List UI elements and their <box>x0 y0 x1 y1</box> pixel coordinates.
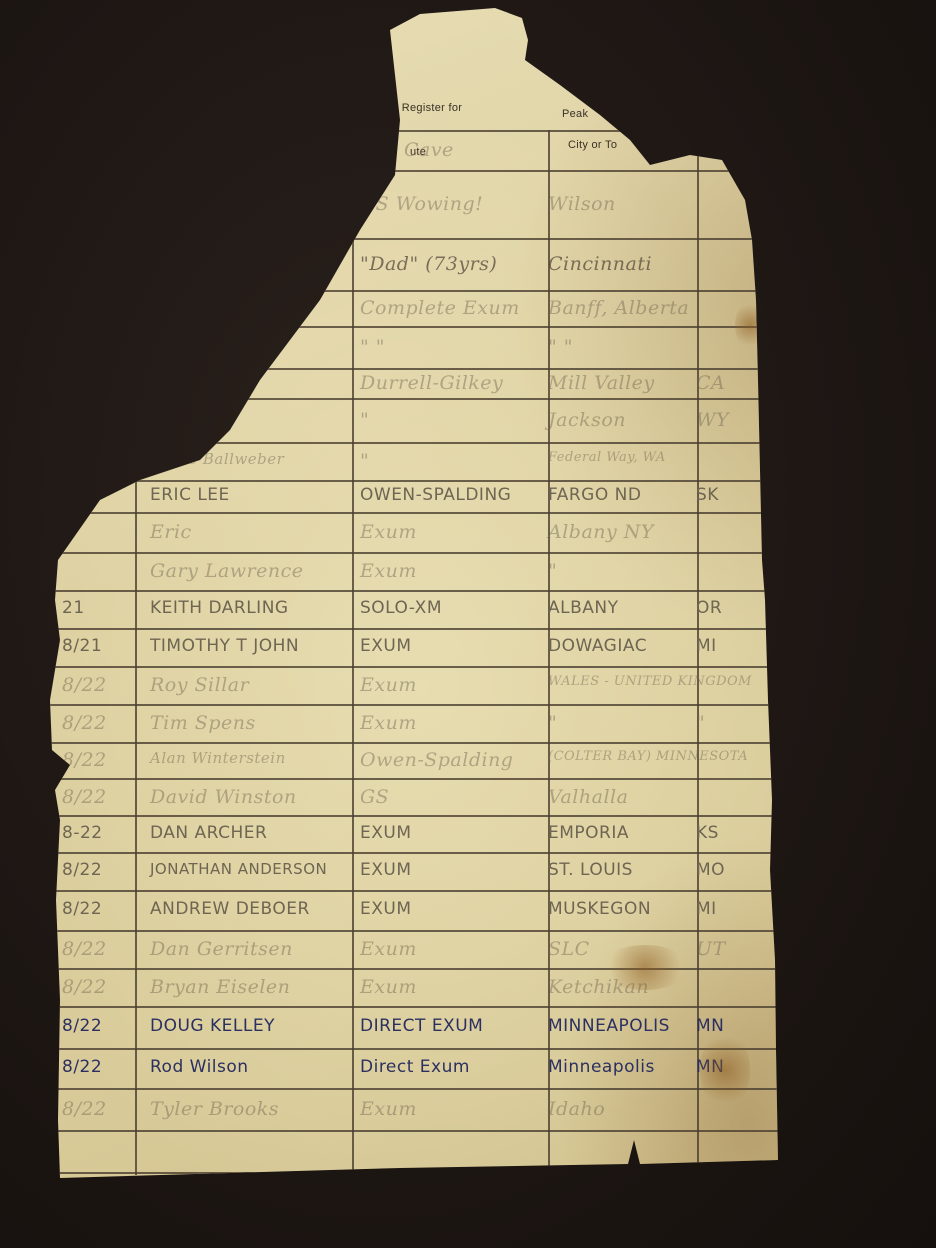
stain <box>600 945 690 990</box>
register-cell-name: Eric <box>150 521 192 543</box>
register-cell-city: Valhalla <box>548 786 628 808</box>
ruled-line <box>50 480 777 482</box>
register-cell-route: " <box>360 409 369 431</box>
register-cell-route: Exum <box>360 976 417 998</box>
register-cell-city: ALBANY <box>548 598 619 618</box>
register-cell-city: " <box>548 560 557 582</box>
ruled-line <box>50 442 777 444</box>
ruled-line <box>50 512 778 514</box>
register-cell-name: nnson <box>150 336 210 358</box>
register-cell-state: " <box>696 712 705 734</box>
column-divider <box>352 130 354 1175</box>
register-cell-city: DOWAGIAC <box>548 636 647 656</box>
column-header-city: City or To <box>568 139 617 151</box>
register-cell-state: UT <box>696 938 726 960</box>
register-cell-name: Bryan Eiselen <box>150 976 290 998</box>
ruled-line <box>50 326 776 328</box>
ruled-line <box>50 398 777 400</box>
register-cell-date: 8/22 <box>62 860 102 880</box>
register-cell-route: DIRECT EXUM <box>360 1016 483 1036</box>
ruled-line <box>50 890 781 892</box>
register-cell-name: Bruce Ballweber <box>150 450 284 468</box>
register-cell-state: CA <box>696 372 725 394</box>
register-cell-route: GS <box>360 786 389 808</box>
ruled-line <box>50 815 780 817</box>
stain <box>700 1030 750 1110</box>
register-cell-city: " <box>548 712 557 734</box>
register-cell-name: Tyler Brooks <box>150 1098 279 1120</box>
register-cell-route: EXUM <box>360 860 412 880</box>
register-cell-city: FARGO ND <box>548 485 641 505</box>
register-cell-date: 21 <box>62 598 85 618</box>
register-cell-route: Exum <box>360 560 417 582</box>
register-cell-route: OWEN-SPALDING <box>360 485 511 505</box>
register-cell-date: 8/22 <box>62 1098 107 1120</box>
register-cell-city: Albany NY <box>548 521 654 543</box>
register-cell-name: DOUG KELLEY <box>150 1016 275 1036</box>
register-cell-state: OR <box>696 598 722 618</box>
register-cell-route: Direct Exum <box>360 1057 470 1077</box>
register-cell-name: TIMOTHY T JOHN <box>150 636 299 656</box>
ruled-line <box>50 666 779 668</box>
register-cell-route: Exum <box>360 712 417 734</box>
register-cell-date: 8/22 <box>62 1057 102 1077</box>
register-cell-name: McCann <box>150 372 233 394</box>
register-cell-city: Idaho <box>548 1098 605 1120</box>
ruled-line <box>50 704 779 706</box>
column-divider <box>135 480 137 1175</box>
register-cell-city: Federal Way, WA <box>548 450 666 465</box>
register-cell-city: SLC <box>548 938 590 960</box>
ruled-line <box>50 170 775 172</box>
register-cell-date: 8/22 <box>62 899 102 919</box>
register-cell-city: Wilson <box>548 193 616 215</box>
register-cell-city: (COLTER BAY) MINNESOTA <box>548 749 748 764</box>
register-cell-name: Roy Sillar <box>150 674 249 696</box>
peak-label: Peak <box>562 108 588 120</box>
register-cell-route: Owen-Spalding <box>360 749 513 771</box>
register-cell-city: MINNEAPOLIS <box>548 1016 670 1036</box>
ruled-line <box>50 1048 782 1050</box>
ruled-line <box>50 1088 782 1090</box>
register-cell-date: 8/22 <box>62 1016 102 1036</box>
register-cell-route: "Dad" (73yrs) <box>360 253 497 275</box>
register-title: g Register for <box>392 102 462 114</box>
register-cell-name: ERIC LEE <box>150 485 230 505</box>
register-cell-name: n <box>150 253 163 275</box>
register-cell-name: Ford <box>150 409 197 431</box>
ruled-line <box>50 290 776 292</box>
register-cell-name: Alan Winterstein <box>150 749 286 767</box>
register-cell-date: 8/22 <box>62 674 107 696</box>
register-cell-name: KEITH DARLING <box>150 598 289 618</box>
stain <box>735 300 765 350</box>
register-cell-date: 21 <box>62 485 85 505</box>
register-cell-name: DAN ARCHER <box>150 823 267 843</box>
register-cell-city: Cincinnati <box>548 253 652 275</box>
register-cell-route: Exum <box>360 938 417 960</box>
ruled-line <box>50 628 779 630</box>
register-cell-date: 8/21 <box>62 636 102 656</box>
register-cell-route: " <box>360 450 369 472</box>
register-cell-city: Minneapolis <box>548 1057 655 1077</box>
register-cell-name: Gary Lawrence <box>150 560 304 582</box>
register-cell-route: Exum <box>360 674 417 696</box>
register-cell-city: EMPORIA <box>548 823 629 843</box>
register-cell-city: Jackson <box>548 409 626 431</box>
register-cell-route: EXUM <box>360 823 412 843</box>
register-cell-date: 8-22 <box>62 823 103 843</box>
register-cell-date: 8/22 <box>62 712 107 734</box>
register-cell-name: JONATHAN ANDERSON <box>150 860 327 878</box>
ruled-line <box>50 742 780 744</box>
register-cell-state: MI <box>696 899 717 919</box>
ruled-line <box>50 590 778 592</box>
ruled-line <box>50 238 776 240</box>
register-cell-route: Durrell-Gilkey <box>360 372 503 394</box>
register-cell-name: Rod Wilson <box>150 1057 249 1077</box>
register-cell-route: SOLO-XM <box>360 598 442 618</box>
ruled-line <box>50 1130 783 1132</box>
ruled-line <box>388 130 775 132</box>
ruled-line <box>50 368 777 370</box>
ruled-line <box>50 1006 782 1008</box>
register-cell-city: MUSKEGON <box>548 899 651 919</box>
register-cell-name: David Winston <box>150 786 297 808</box>
register-cell-state: KS <box>696 823 719 843</box>
ruled-line <box>50 552 778 554</box>
register-cell-city: WALES - UNITED KINGDOM <box>548 674 752 689</box>
register-cell-name: Kindor <box>150 297 218 319</box>
register-cell-route: Complete Exum <box>360 297 520 319</box>
ruled-line <box>50 852 780 854</box>
register-cell-route: nho Cave <box>360 139 454 161</box>
ruled-line <box>50 930 781 932</box>
register-cell-route: EXUM <box>360 636 412 656</box>
register-cell-route: " " <box>360 336 385 358</box>
register-cell-date: 8/22 <box>62 786 107 808</box>
register-cell-date: 8/22 <box>62 749 107 771</box>
register-cell-route: GS Wowing! <box>360 193 483 215</box>
register-cell-date: 8/22 <box>62 938 107 960</box>
register-cell-state: WY <box>696 409 729 431</box>
register-cell-route: Exum <box>360 521 417 543</box>
ruled-line <box>50 1172 783 1174</box>
register-cell-name: Dan Gerritsen <box>150 938 293 960</box>
register-cell-city: Mill Valley <box>548 372 655 394</box>
register-cell-city: ST. LOUIS <box>548 860 633 880</box>
register-cell-date: 8/22 <box>62 976 107 998</box>
register-cell-state: MI <box>696 636 717 656</box>
register-cell-name: Tim Spens <box>150 712 256 734</box>
register-cell-route: Exum <box>360 1098 417 1120</box>
torn-register-sheet: g Register for Peak ute City or To nho C… <box>0 0 936 1248</box>
register-cell-city: " " <box>548 336 573 358</box>
register-cell-state: SK <box>696 485 719 505</box>
register-cell-city: Banff, Alberta <box>548 297 689 319</box>
register-cell-name: ANDREW DeBOER <box>150 899 310 919</box>
ruled-line <box>50 778 780 780</box>
register-cell-state: MO <box>696 860 725 880</box>
register-cell-route: EXUM <box>360 899 412 919</box>
